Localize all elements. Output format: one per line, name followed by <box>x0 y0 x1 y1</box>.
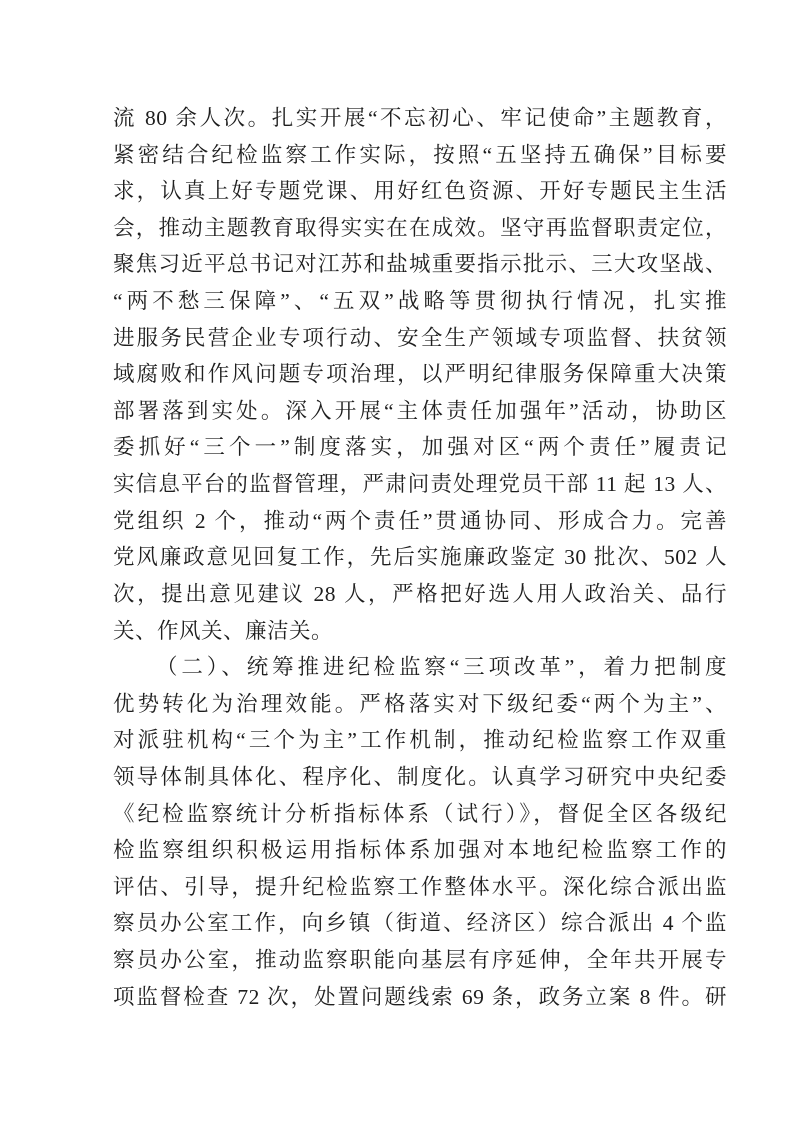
text-line: 域腐败和作风问题专项治理，以严明纪律服务保障重大决策 <box>113 356 727 393</box>
text-line: 委抓好“三个一”制度落实，加强对区“两个责任”履责记 <box>113 429 727 466</box>
text-line: 党组织 2 个，推动“两个责任”贯通协同、形成合力。完善 <box>113 503 727 540</box>
text-line: 察员办公室工作，向乡镇（街道、经济区）综合派出 4 个监 <box>113 905 727 942</box>
text-line: 实信息平台的监督管理，严肃问责处理党员干部 11 起 13 人、 <box>113 466 727 503</box>
text-line: 项监督检查 72 次，处置问题线索 69 条，政务立案 8 件。研 <box>113 979 727 1016</box>
text-line: 次，提出意见建议 28 人，严格把好选人用人政治关、品行 <box>113 576 727 613</box>
text-line: 求，认真上好专题党课、用好红色资源、开好专题民主生活 <box>113 173 727 210</box>
text-line: 《纪检监察统计分析指标体系（试行）》，督促全区各级纪 <box>113 796 727 833</box>
text-line: 对派驻机构“三个为主”工作机制，推动纪检监察工作双重 <box>113 722 727 759</box>
document-body: 流 80 余人次。扎实开展“不忘初心、牢记使命”主题教育， 紧密结合纪检监察工作… <box>113 100 727 1015</box>
text-line: “两不愁三保障”、“五双”战略等贯彻执行情况，扎实推 <box>113 283 727 320</box>
text-line: 领导体制具体化、程序化、制度化。认真学习研究中央纪委 <box>113 759 727 796</box>
text-line: 察员办公室，推动监察职能向基层有序延伸，全年共开展专 <box>113 942 727 979</box>
text-line: 紧密结合纪检监察工作实际，按照“五坚持五确保”目标要 <box>113 137 727 174</box>
text-line-paragraph-end: 关、作风关、廉洁关。 <box>113 613 727 650</box>
text-line: 党风廉政意见回复工作，先后实施廉政鉴定 30 批次、502 人 <box>113 539 727 576</box>
text-line: 部署落到实处。深入开展“主体责任加强年”活动，协助区 <box>113 393 727 430</box>
text-line: 聚焦习近平总书记对江苏和盐城重要指示批示、三大攻坚战、 <box>113 246 727 283</box>
text-line: 进服务民营企业专项行动、安全生产领域专项监督、扶贫领 <box>113 320 727 357</box>
text-line: 评估、引导，提升纪检监察工作整体水平。深化综合派出监 <box>113 869 727 906</box>
text-line: 会，推动主题教育取得实实在在成效。坚守再监督职责定位， <box>113 210 727 247</box>
text-line: 优势转化为治理效能。严格落实对下级纪委“两个为主”、 <box>113 686 727 723</box>
document-page: 流 80 余人次。扎实开展“不忘初心、牢记使命”主题教育， 紧密结合纪检监察工作… <box>0 0 794 1123</box>
text-line: 检监察组织积极运用指标体系加强对本地纪检监察工作的 <box>113 832 727 869</box>
text-line-paragraph-start: （二）、统筹推进纪检监察“三项改革”，着力把制度 <box>113 649 727 686</box>
text-line: 流 80 余人次。扎实开展“不忘初心、牢记使命”主题教育， <box>113 100 727 137</box>
